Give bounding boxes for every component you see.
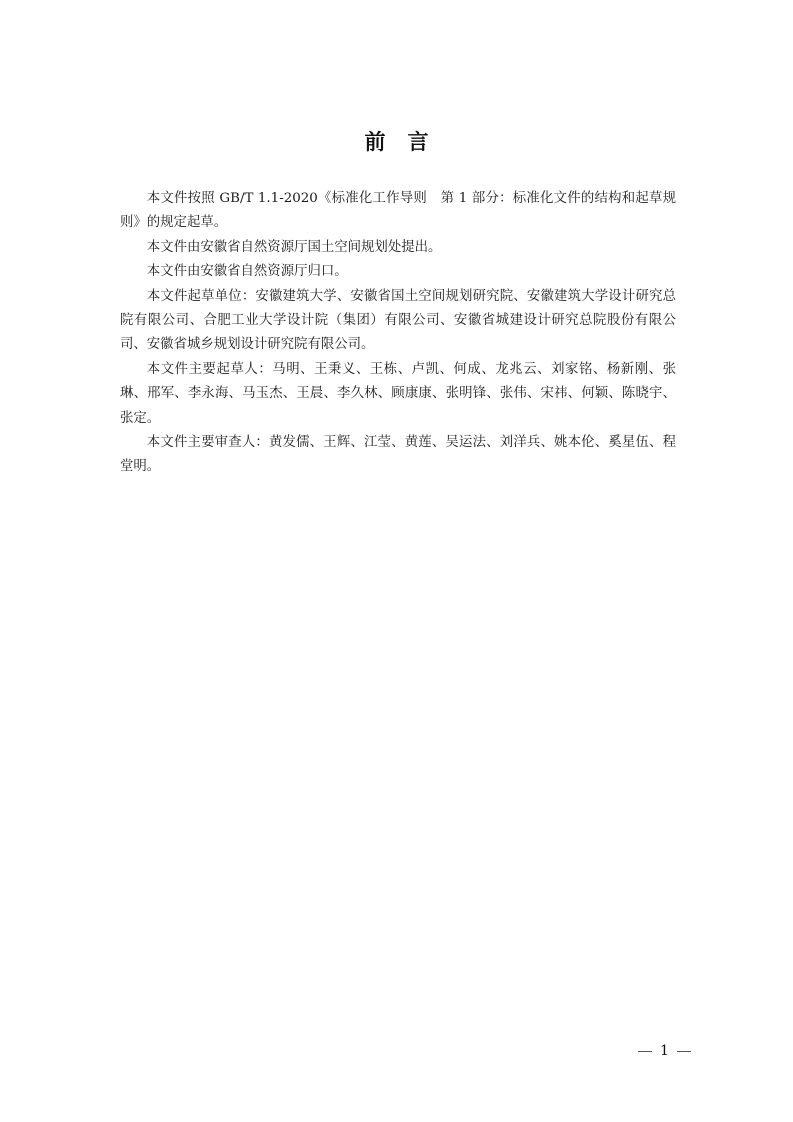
foreword-body: 本文件按照 GB/T 1.1-2020《标准化工作导则 第 1 部分：标准化文件… xyxy=(120,187,676,480)
paragraph-main-drafters: 本文件主要起草人：马明、王秉义、王栋、卢凯、何成、龙兆云、刘家铭、杨新刚、张琳、… xyxy=(120,358,676,431)
document-page: 前言 本文件按照 GB/T 1.1-2020《标准化工作导则 第 1 部分：标准… xyxy=(0,0,793,1122)
paragraph-drafting-standard: 本文件按照 GB/T 1.1-2020《标准化工作导则 第 1 部分：标准化文件… xyxy=(120,187,676,236)
paragraph-centralized-by: 本文件由安徽省自然资源厅归口。 xyxy=(120,260,676,284)
page-number: 1 xyxy=(660,1043,669,1059)
paragraph-drafting-units: 本文件起草单位：安徽建筑大学、安徽省国土空间规划研究院、安徽建筑大学设计研究总院… xyxy=(120,285,676,358)
dash-right xyxy=(677,1051,691,1052)
paragraph-proposed-by: 本文件由安徽省自然资源厅国土空间规划处提出。 xyxy=(120,236,676,260)
page-title: 前言 xyxy=(0,126,793,156)
page-footer: 1 xyxy=(638,1043,691,1059)
paragraph-main-reviewers: 本文件主要审查人：黄发儒、王辉、江莹、黄莲、吴运法、刘洋兵、姚本伦、奚星伍、程堂… xyxy=(120,431,676,480)
dash-left xyxy=(638,1051,652,1052)
